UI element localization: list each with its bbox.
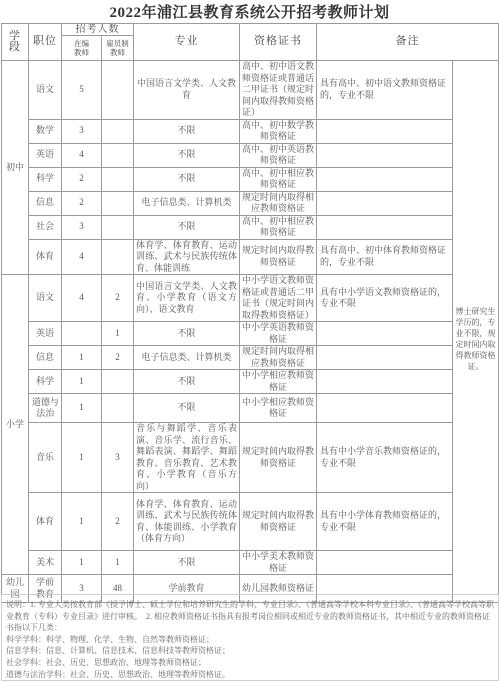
remark-cell [317,215,453,239]
position-cell: 道德与法治 [29,394,62,423]
contract-count-cell: 2 [102,346,134,370]
position-cell: 科学 [29,167,62,191]
table-row: 科学 2 不限 高中、初中相应教师资格证 [2,167,499,191]
remark-cell: 具有中小学音乐教师资格证的，专业不限 [317,423,453,493]
certificate-cell: 中小学语文教师资格证或普通话二甲证书（规定时间内取得教师资格证） [240,275,317,322]
table-row: 社会 3 不限 高中、初中相应教师资格证 [2,215,499,239]
position-cell: 美术 [29,551,62,575]
certificate-cell: 规定时间内取得教师资格证 [240,493,317,551]
table-row: 体育 4 体育学、体育教育、运动训练、武术与民族传统体育、体能训练 规定时间内取… [2,239,499,275]
contract-count-cell [102,239,134,275]
header-remarks: 备注 [317,24,499,61]
certificate-cell: 规定时间内取得相应教师资格证 [240,191,317,215]
table-row: 体育 1 2 体育学、体育教育、运动训练、武术与民族传统体育、体能训练、小学教育… [2,493,499,551]
major-cell: 体育学、体育教育、运动训练、武术与民族传统体育、体能训练、小学教育（体育方向） [134,493,240,551]
table-row: 信息 2 电子信息类、计算机类 规定时间内取得相应教师资格证 [2,191,499,215]
contract-count-cell: 2 [102,493,134,551]
major-cell: 不限 [134,215,240,239]
table-row: 数学 3 不限 高中、初中数学教师资格证 [2,119,499,143]
major-cell: 不限 [134,394,240,423]
table-row: 小学 语文 4 2 中国语言文学类、人文教育、小学教育（语文方向）、语文教育 中… [2,275,499,322]
certificate-cell: 规定时间内取得相应教师资格证 [240,346,317,370]
major-cell: 不限 [134,551,240,575]
staff-count-cell: 3 [62,119,102,143]
stage-cell: 初中 [2,61,29,275]
staff-count-cell: 1 [62,423,102,493]
certificate-cell: 高中、初中语文教师资格证或普通话二甲证书（规定时间内取得教师资格证） [240,61,317,120]
position-cell: 信息 [29,346,62,370]
staff-count-cell: 2 [62,191,102,215]
position-cell: 英语 [29,143,62,167]
remark-cell [317,322,453,346]
major-cell: 不限 [134,167,240,191]
certificate-cell: 中小学相应教师资格证 [240,394,317,423]
table-row: 英语 1 不限 中小学英语教师资格证 [2,322,499,346]
staff-count-cell: 3 [62,215,102,239]
staff-count-cell: 1 [62,551,102,575]
remark-cell [317,167,453,191]
position-cell: 体育 [29,493,62,551]
header-contract-teacher: 雇员制教师 [102,36,134,61]
certificate-cell: 高中、初中英语教师资格证 [240,143,317,167]
table-row: 美术 1 1 不限 中小学美术教师资格证 [2,551,499,575]
major-cell: 音乐与舞蹈学、音乐表演、音乐学、流行音乐、舞蹈表演、舞蹈学、舞蹈教育、音乐教育、… [134,423,240,493]
side-remark-cell: 博士研究生学历的，专业不限，规定时间内取得教师资格证。 [453,61,499,603]
header-staff-teacher: 在编教师 [62,36,102,61]
remark-cell: 具有中小学体育教师资格证的，专业不限 [317,493,453,551]
table-row: 道德与法治 1 不限 中小学相应教师资格证 [2,394,499,423]
remark-cell: 具有中小学语文教师资格证的，专业不限 [317,275,453,322]
table-row: 科学 1 不限 中小学相应教师资格证 [2,370,499,394]
remark-cell [317,394,453,423]
remark-cell [317,143,453,167]
contract-count-cell: 3 [102,423,134,493]
table-row: 信息 1 2 电子信息类、计算机类 规定时间内取得相应教师资格证 [2,346,499,370]
table-row: 初中 语文 5 中国语言文学类、人文教育 高中、初中语文教师资格证或普通话二甲证… [2,61,499,120]
header-recruit-count: 招考人数 [62,24,134,36]
contract-count-cell [102,394,134,423]
header-stage: 学段 [2,24,29,61]
header-position: 职位 [29,24,62,61]
contract-count-cell [102,143,134,167]
staff-count-cell: 1 [62,370,102,394]
staff-count-cell: 1 [62,346,102,370]
remark-cell [317,191,453,215]
remark-cell [317,370,453,394]
position-cell: 信息 [29,191,62,215]
notes-item: 科学学科：科学、物理、化学、生物、自然等教师资格证； [6,634,494,646]
contract-count-cell: 1 [102,322,134,346]
position-cell: 科学 [29,370,62,394]
position-cell: 语文 [29,275,62,322]
certificate-cell: 规定时间内取得教师资格证 [240,423,317,493]
major-cell: 不限 [134,119,240,143]
staff-count-cell: 4 [62,143,102,167]
table-row: 英语 4 不限 高中、初中英语教师资格证 [2,143,499,167]
remark-cell [317,119,453,143]
certificate-cell: 高中、初中相应教师资格证 [240,215,317,239]
position-cell: 数学 [29,119,62,143]
header-row: 学段 职位 招考人数 专业 资格证书 备注 [2,24,499,36]
contract-count-cell [102,191,134,215]
major-cell: 中国语言文学类、人文教育、小学教育（语文方向）、语文教育 [134,275,240,322]
certificate-cell: 规定时间内取得教师资格证 [240,239,317,275]
notes-item: 信息学科：信息、计算机、信息技术、信息科技等教师资格证； [6,645,494,657]
staff-count-cell: 4 [62,239,102,275]
major-cell: 电子信息类、计算机类 [134,191,240,215]
remark-cell [317,551,453,575]
certificate-cell: 中小学相应教师资格证 [240,370,317,394]
remark-cell: 具有高中、初中语文教师资格证的，专业不限 [317,61,453,120]
major-cell: 不限 [134,322,240,346]
stage-cell: 小学 [2,275,29,575]
notes-item: 道德与法治学科：社会、历史、思想政治、地理等教师资格证。 [6,669,494,681]
staff-count-cell: 2 [62,167,102,191]
major-cell: 电子信息类、计算机类 [134,346,240,370]
header-certificate: 资格证书 [240,24,317,61]
major-cell: 体育学、体育教育、运动训练、武术与民族传统体育、体能训练 [134,239,240,275]
certificate-cell: 高中、初中相应教师资格证 [240,167,317,191]
page-title: 2022年浦江县教育系统公开招考教师计划 [0,4,499,22]
notes-box: 说明：1. 专业大类按教育部《授予博士、硕士学位和培养研究生的学科、专业目录》、… [1,594,499,681]
contract-count-cell [102,215,134,239]
contract-count-cell: 2 [102,275,134,322]
staff-count-cell: 1 [62,394,102,423]
contract-count-cell [102,61,134,120]
remark-cell [317,346,453,370]
staff-count-cell: 4 [62,275,102,322]
header-major: 专业 [134,24,240,61]
certificate-cell: 中小学英语教师资格证 [240,322,317,346]
contract-count-cell [102,370,134,394]
staff-count-cell: 1 [62,493,102,551]
major-cell: 中国语言文学类、人文教育 [134,61,240,120]
notes-intro: 说明：1. 专业大类按教育部《授予博士、硕士学位和培养研究生的学科、专业目录》、… [6,599,494,634]
contract-count-cell [102,167,134,191]
certificate-cell: 中小学美术教师资格证 [240,551,317,575]
remark-cell: 具有高中、初中体育教师资格证的，专业不限 [317,239,453,275]
major-cell: 不限 [134,370,240,394]
position-cell: 音乐 [29,423,62,493]
staff-count-cell: 5 [62,61,102,120]
recruitment-plan-table: 学段 职位 招考人数 专业 资格证书 备注 在编教师 雇员制教师 初中 语文 5… [1,23,499,603]
major-cell: 不限 [134,143,240,167]
contract-count-cell: 1 [102,551,134,575]
table-row: 音乐 1 3 音乐与舞蹈学、音乐表演、音乐学、流行音乐、舞蹈表演、舞蹈学、舞蹈教… [2,423,499,493]
position-cell: 社会 [29,215,62,239]
notes-item: 社会学科：社会、历史、思想政治、地理等教师资格证； [6,657,494,669]
contract-count-cell [102,119,134,143]
staff-count-cell [62,322,102,346]
position-cell: 英语 [29,322,62,346]
certificate-cell: 高中、初中数学教师资格证 [240,119,317,143]
position-cell: 体育 [29,239,62,275]
position-cell: 语文 [29,61,62,120]
